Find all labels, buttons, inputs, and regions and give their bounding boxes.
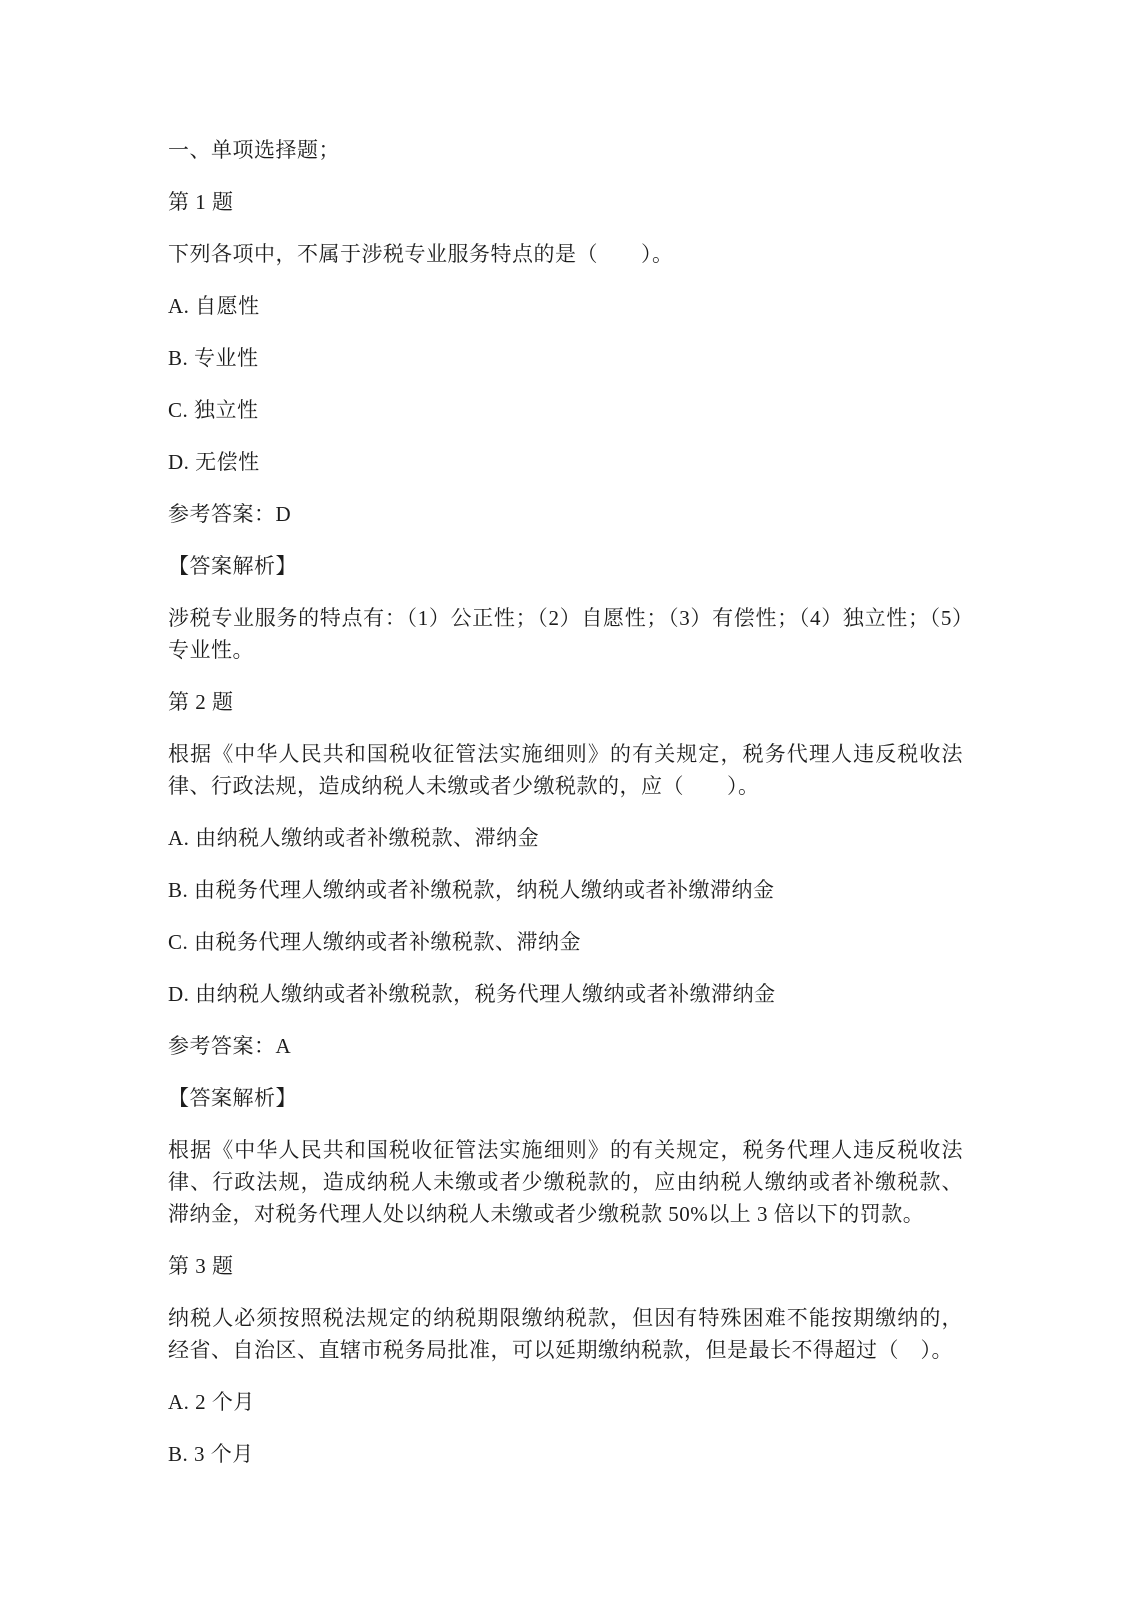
- question-2-option-c: C. 由税务代理人缴纳或者补缴税款、滞纳金: [168, 926, 963, 958]
- question-1-option-c: C. 独立性: [168, 394, 963, 426]
- question-3-option-b: B. 3 个月: [168, 1438, 963, 1470]
- question-2-answer: 参考答案：A: [168, 1030, 963, 1062]
- document-page: 一、单项选择题； 第 1 题 下列各项中，不属于涉税专业服务特点的是（ ）。 A…: [168, 134, 963, 1490]
- question-3-option-a: A. 2 个月: [168, 1386, 963, 1418]
- question-3-number: 第 3 题: [168, 1250, 963, 1282]
- question-1-stem: 下列各项中，不属于涉税专业服务特点的是（ ）。: [168, 238, 963, 270]
- question-1-option-b: B. 专业性: [168, 342, 963, 374]
- question-1-analysis-heading: 【答案解析】: [168, 550, 963, 582]
- question-2-analysis-heading: 【答案解析】: [168, 1082, 963, 1114]
- question-1-option-d: D. 无偿性: [168, 446, 963, 478]
- question-2-analysis-text: 根据《中华人民共和国税收征管法实施细则》的有关规定，税务代理人违反税收法律、行政…: [168, 1134, 963, 1230]
- question-3-stem: 纳税人必须按照税法规定的纳税期限缴纳税款，但因有特殊困难不能按期缴纳的，经省、自…: [168, 1302, 963, 1366]
- question-2-stem: 根据《中华人民共和国税收征管法实施细则》的有关规定，税务代理人违反税收法律、行政…: [168, 738, 963, 802]
- section-heading: 一、单项选择题；: [168, 134, 963, 166]
- question-2-number: 第 2 题: [168, 686, 963, 718]
- question-1-analysis-text: 涉税专业服务的特点有：（1）公正性；（2）自愿性；（3）有偿性；（4）独立性；（…: [168, 602, 963, 666]
- question-1-option-a: A. 自愿性: [168, 290, 963, 322]
- question-2-option-d: D. 由纳税人缴纳或者补缴税款，税务代理人缴纳或者补缴滞纳金: [168, 978, 963, 1010]
- question-1-answer: 参考答案：D: [168, 498, 963, 530]
- question-1-number: 第 1 题: [168, 186, 963, 218]
- question-2-option-b: B. 由税务代理人缴纳或者补缴税款，纳税人缴纳或者补缴滞纳金: [168, 874, 963, 906]
- question-2-option-a: A. 由纳税人缴纳或者补缴税款、滞纳金: [168, 822, 963, 854]
